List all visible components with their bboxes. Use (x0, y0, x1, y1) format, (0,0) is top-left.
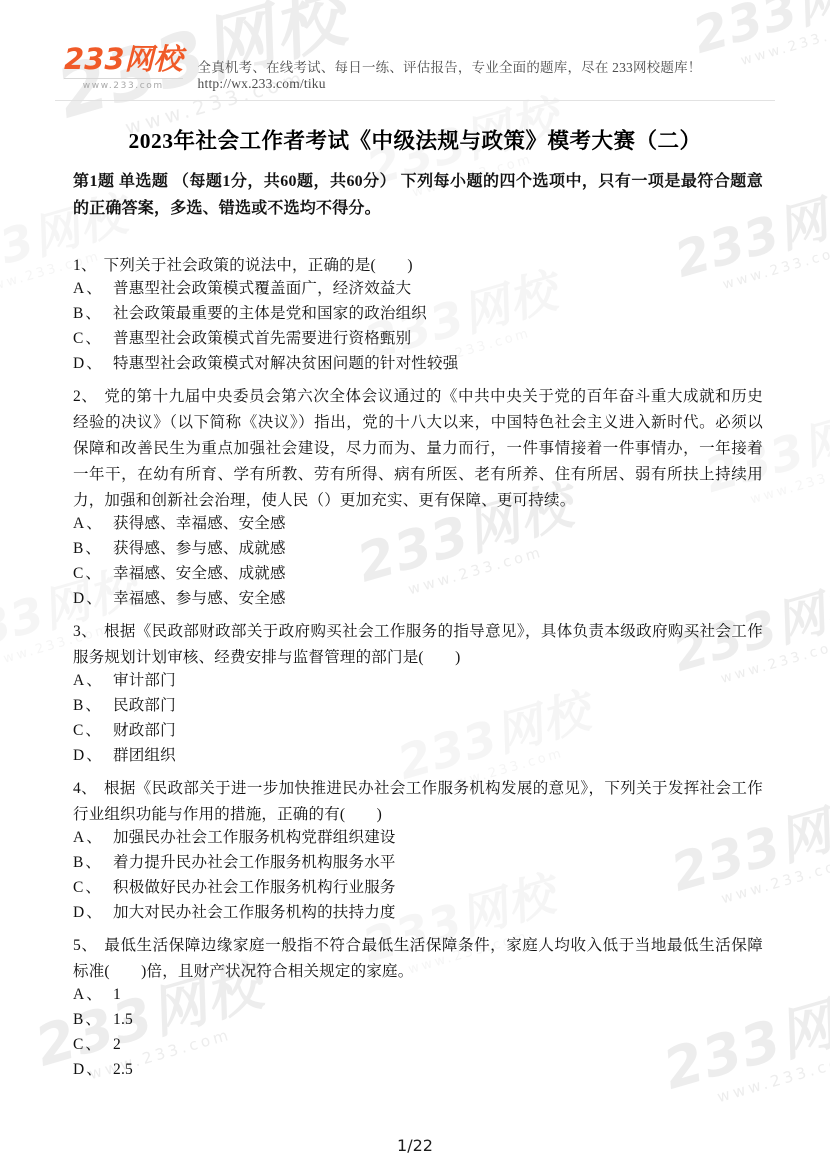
option-label: D、 (73, 743, 113, 768)
question-list: 1、下列关于社会政策的说法中，正确的是( ) A、普惠型社会政策模式覆盖面广，经… (73, 253, 763, 1082)
option-label: A、 (73, 825, 113, 850)
option-label: C、 (73, 561, 113, 586)
option-label: A、 (73, 511, 113, 536)
option-text: 普惠型社会政策模式首先需要进行资格甄别 (113, 326, 763, 351)
question-stem-line: 3、根据《民政部财政部关于政府购买社会工作服务的指导意见》，具体负责本级政府购买… (73, 619, 763, 671)
question: 2、党的第十九届中央委员会第六次全体会议通过的《中共中央关于党的百年奋斗重大成就… (73, 384, 763, 611)
option-text: 群团组织 (113, 743, 763, 768)
option-row: D、群团组织 (73, 743, 763, 768)
option-text: 社会政策最重要的主体是党和国家的政治组织 (113, 301, 763, 326)
option-text: 加强民办社会工作服务机构党群组织建设 (113, 825, 763, 850)
question-stem: 根据《民政部财政部关于政府购买社会工作服务的指导意见》，具体负责本级政府购买社会… (73, 623, 763, 666)
question-stem-line: 5、最低生活保障边缘家庭一般指不符合最低生活保障条件，家庭人均收入低于当地最低生… (73, 933, 763, 985)
option-row: C、普惠型社会政策模式首先需要进行资格甄别 (73, 326, 763, 351)
exam-document-page: 233网校www.233.com233网校www.233.com233网校www… (0, 0, 830, 1175)
option-label: D、 (73, 1057, 113, 1082)
option-label: B、 (73, 693, 113, 718)
option-text: 1 (113, 982, 763, 1007)
option-text: 特惠型社会政策模式对解决贫困问题的针对性较强 (113, 351, 763, 376)
logo-text: 233网校 (64, 44, 183, 76)
question-stem: 党的第十九届中央委员会第六次全体会议通过的《中共中央关于党的百年奋斗重大成就和历… (73, 388, 763, 509)
question-stem: 根据《民政部关于进一步加快推进民办社会工作服务机构发展的意见》，下列关于发挥社会… (73, 780, 763, 823)
question: 3、根据《民政部财政部关于政府购买社会工作服务的指导意见》，具体负责本级政府购买… (73, 619, 763, 768)
option-row: C、财政部门 (73, 718, 763, 743)
option-text: 审计部门 (113, 668, 763, 693)
option-text: 2.5 (113, 1057, 763, 1082)
option-list: A、1 B、1.5 C、2 D、2.5 (73, 982, 763, 1082)
option-row: D、2.5 (73, 1057, 763, 1082)
option-row: A、加强民办社会工作服务机构党群组织建设 (73, 825, 763, 850)
option-row: D、幸福感、参与感、安全感 (73, 586, 763, 611)
question-number: 2、 (73, 388, 97, 405)
page-number: 1/22 (0, 1136, 830, 1155)
option-label: D、 (73, 586, 113, 611)
option-row: D、特惠型社会政策模式对解决贫困问题的针对性较强 (73, 351, 763, 376)
option-text: 幸福感、参与感、安全感 (113, 586, 763, 611)
option-text: 获得感、参与感、成就感 (113, 536, 763, 561)
question: 4、根据《民政部关于进一步加快推进民办社会工作服务机构发展的意见》，下列关于发挥… (73, 776, 763, 925)
option-label: A、 (73, 276, 113, 301)
option-row: C、2 (73, 1032, 763, 1057)
option-text: 普惠型社会政策模式覆盖面广，经济效益大 (113, 276, 763, 301)
option-row: A、1 (73, 982, 763, 1007)
option-text: 2 (113, 1032, 763, 1057)
question-number: 5、 (73, 937, 97, 954)
option-text: 积极做好民办社会工作服务机构行业服务 (113, 875, 763, 900)
option-row: A、获得感、幸福感、安全感 (73, 511, 763, 536)
option-row: A、普惠型社会政策模式覆盖面广，经济效益大 (73, 276, 763, 301)
option-label: D、 (73, 351, 113, 376)
option-text: 获得感、幸福感、安全感 (113, 511, 763, 536)
option-row: A、审计部门 (73, 668, 763, 693)
option-text: 1.5 (113, 1007, 763, 1032)
option-label: C、 (73, 1032, 113, 1057)
option-list: A、普惠型社会政策模式覆盖面广，经济效益大 B、社会政策最重要的主体是党和国家的… (73, 276, 763, 376)
option-text: 幸福感、安全感、成就感 (113, 561, 763, 586)
option-label: B、 (73, 536, 113, 561)
question-number: 1、 (73, 257, 97, 274)
option-text: 民政部门 (113, 693, 763, 718)
question-stem-line: 2、党的第十九届中央委员会第六次全体会议通过的《中共中央关于党的百年奋斗重大成就… (73, 384, 763, 514)
option-row: B、民政部门 (73, 693, 763, 718)
logo-domain-text: www.233.com (64, 78, 183, 91)
option-label: A、 (73, 668, 113, 693)
option-row: B、获得感、参与感、成就感 (73, 536, 763, 561)
header-divider (55, 100, 775, 101)
question-number: 4、 (73, 780, 97, 797)
exam-body: 第1题 单选题 （每题1分，共60题，共60分） 下列每小题的四个选项中，只有一… (73, 168, 763, 1082)
question-number: 3、 (73, 623, 97, 640)
option-list: A、审计部门 B、民政部门 C、财政部门 D、群团组织 (73, 668, 763, 768)
option-label: A、 (73, 982, 113, 1007)
question: 1、下列关于社会政策的说法中，正确的是( ) A、普惠型社会政策模式覆盖面广，经… (73, 253, 763, 376)
option-row: C、幸福感、安全感、成就感 (73, 561, 763, 586)
option-label: C、 (73, 875, 113, 900)
question-stem-line: 4、根据《民政部关于进一步加快推进民办社会工作服务机构发展的意见》，下列关于发挥… (73, 776, 763, 828)
option-list: A、获得感、幸福感、安全感 B、获得感、参与感、成就感 C、幸福感、安全感、成就… (73, 511, 763, 611)
question-stem: 下列关于社会政策的说法中，正确的是( ) (104, 257, 413, 274)
option-label: C、 (73, 718, 113, 743)
option-label: D、 (73, 900, 113, 925)
page-content: 233网校 www.233.com 全真机考、在线考试、每日一练、评估报告，专业… (0, 0, 830, 1175)
header-tagline: 全真机考、在线考试、每日一练、评估报告，专业全面的题库，尽在 233网校题库！h… (198, 56, 774, 92)
option-row: B、社会政策最重要的主体是党和国家的政治组织 (73, 301, 763, 326)
option-label: C、 (73, 326, 113, 351)
section-intro: 第1题 单选题 （每题1分，共60题，共60分） 下列每小题的四个选项中，只有一… (73, 168, 763, 222)
option-row: C、积极做好民办社会工作服务机构行业服务 (73, 875, 763, 900)
option-label: B、 (73, 850, 113, 875)
option-list: A、加强民办社会工作服务机构党群组织建设 B、着力提升民办社会工作服务机构服务水… (73, 825, 763, 925)
option-label: B、 (73, 1007, 113, 1032)
option-row: B、着力提升民办社会工作服务机构服务水平 (73, 850, 763, 875)
option-text: 着力提升民办社会工作服务机构服务水平 (113, 850, 763, 875)
question: 5、最低生活保障边缘家庭一般指不符合最低生活保障条件，家庭人均收入低于当地最低生… (73, 933, 763, 1082)
exam-title: 2023年社会工作者考试《中级法规与政策》模考大赛（二） (0, 124, 830, 155)
option-row: B、1.5 (73, 1007, 763, 1032)
logo-233wangxiao: 233网校 www.233.com (64, 44, 183, 91)
question-stem: 最低生活保障边缘家庭一般指不符合最低生活保障条件，家庭人均收入低于当地最低生活保… (73, 937, 763, 980)
option-text: 加大对民办社会工作服务机构的扶持力度 (113, 900, 763, 925)
option-text: 财政部门 (113, 718, 763, 743)
option-label: B、 (73, 301, 113, 326)
document-header: 233网校 www.233.com 全真机考、在线考试、每日一练、评估报告，专业… (64, 44, 774, 92)
option-row: D、加大对民办社会工作服务机构的扶持力度 (73, 900, 763, 925)
